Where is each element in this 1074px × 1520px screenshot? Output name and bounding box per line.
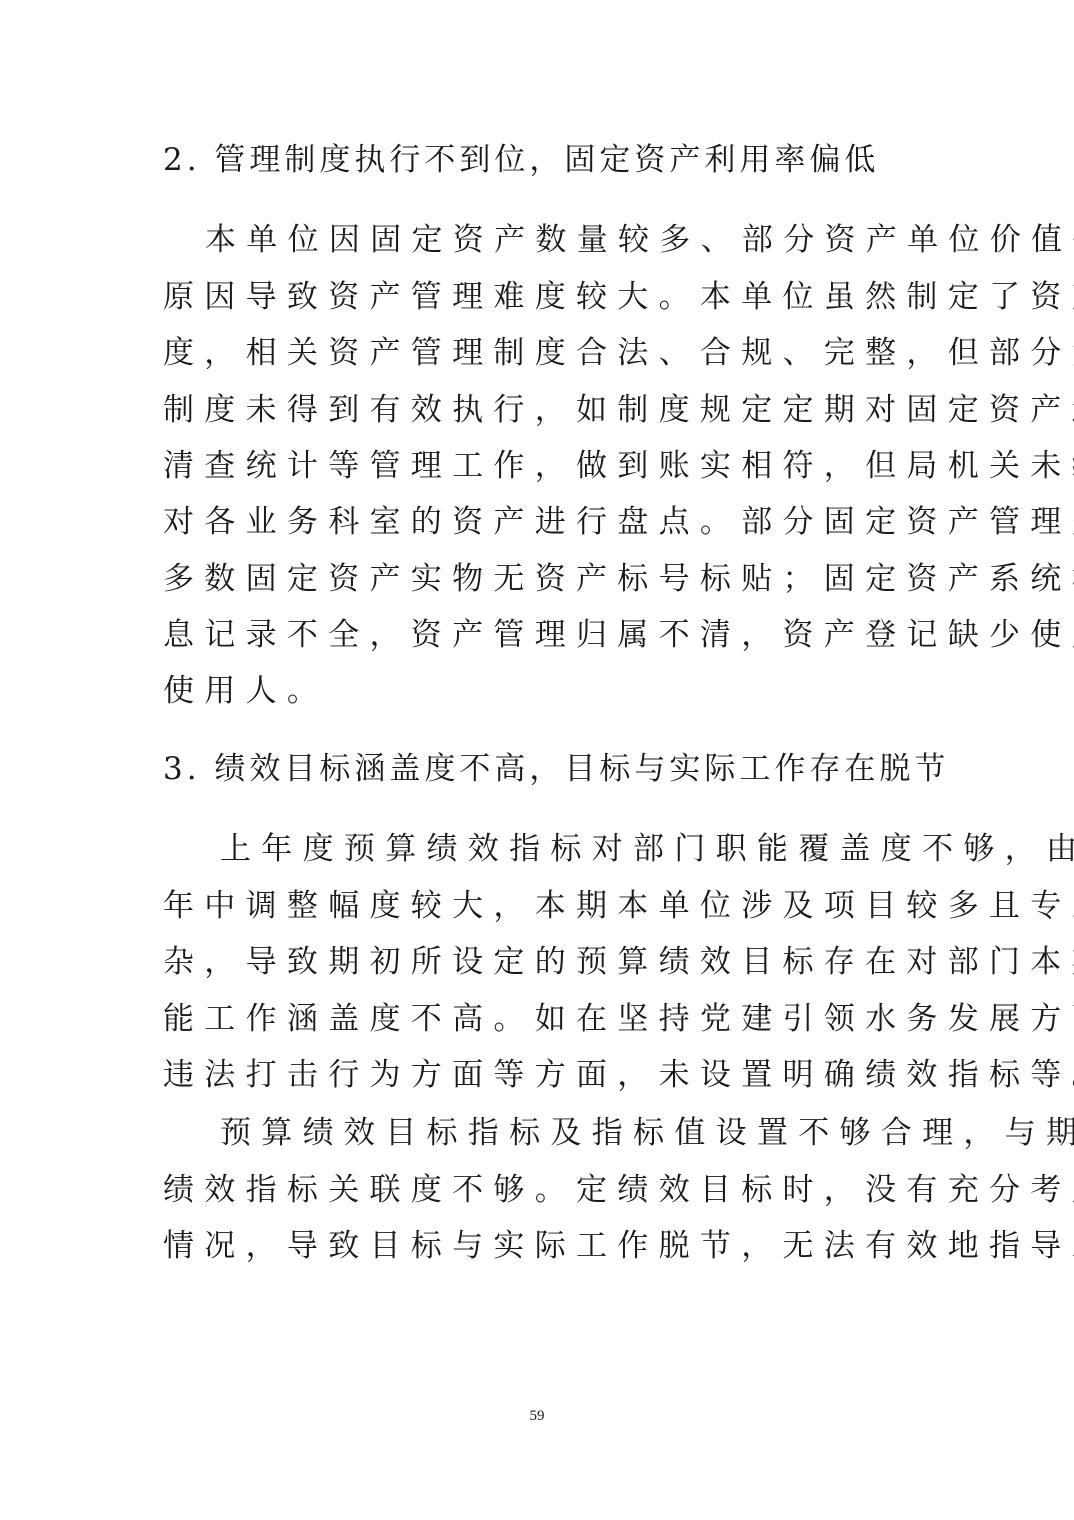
document-page: 2. 管理制度执行不到位，固定资产利用率偏低 本单位因固定资产数量较多、部分资产… [0,0,1074,1520]
paragraph-line: 上年度预算绩效指标对部门职能覆盖度不够，由于预算 [220,829,913,869]
paragraph-line: 度，相关资产管理制度合法、合规、完整，但部分资产管理 [163,333,913,373]
section-heading-3: 3. 绩效目标涵盖度不高，目标与实际工作存在脱节 [163,749,913,789]
paragraph-line: 预算绩效目标指标及指标值设置不够合理，与期初预算 [220,1113,913,1153]
paragraph-line: 年中调整幅度较大，本期本单位涉及项目较多且专业领域复 [163,886,913,926]
paragraph-line: 能工作涵盖度不高。如在坚持党建引领水务发展方面、涉水 [163,999,913,1039]
paragraph-line: 使用人。 [163,671,913,711]
paragraph-line: 情况，导致目标与实际工作脱节，无法有效地指导工作。 [163,1226,913,1266]
paragraph-line: 多数固定资产实物无资产标号标贴；固定资产系统相关系信 [163,559,913,599]
paragraph-line: 原因导致资产管理难度较大。本单位虽然制定了资产管理制 [163,277,913,317]
paragraph-line: 清查统计等管理工作，做到账实相符，但局机关未组织定期 [163,446,913,486]
paragraph-line: 制度未得到有效执行，如制度规定定期对固定资产进行日常 [163,390,913,430]
section-heading-2: 2. 管理制度执行不到位，固定资产利用率偏低 [163,140,913,180]
page-number: 59 [0,1408,1074,1425]
paragraph-line: 违法打击行为方面等方面，未设置明确绩效指标等。 [163,1055,913,1095]
paragraph-line: 杂，导致期初所设定的预算绩效目标存在对部门本期从事职 [163,942,913,982]
paragraph-line: 本单位因固定资产数量较多、部分资产单位价值偏小等 [205,220,913,260]
paragraph-line: 对各业务科室的资产进行盘点。部分固定资产管理欠规范， [163,502,913,542]
paragraph-line: 绩效指标关联度不够。定绩效目标时，没有充分考虑到实际 [163,1170,913,1210]
paragraph-line: 息记录不全，资产管理归属不清，资产登记缺少使用部门或 [163,615,913,655]
